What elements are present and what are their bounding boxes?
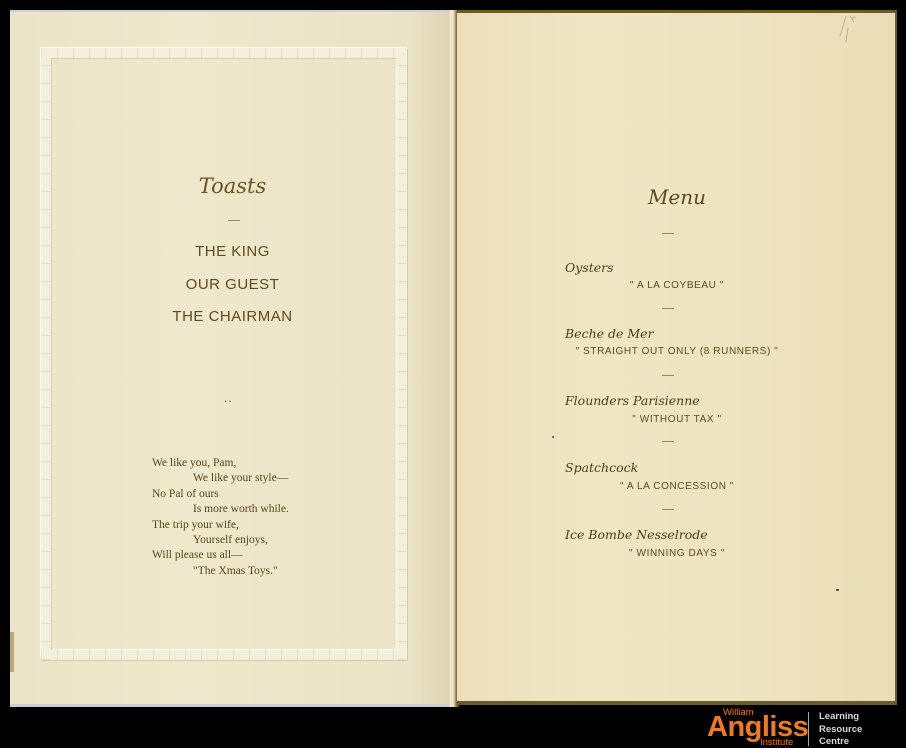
poem-line: No Pal of ours [152, 487, 289, 502]
course-name: Beche de Mer [565, 326, 654, 341]
logo-institute: Institute [760, 737, 793, 748]
course-name: Flounders Parisienne [565, 393, 700, 408]
course-description: " WINNING DAYS " [457, 548, 897, 559]
divider [662, 375, 674, 376]
poem-line: We like your style— [152, 471, 289, 486]
poem-line: Yourself enjoys, [152, 533, 289, 548]
toasts-title: Toasts [10, 174, 455, 198]
pencil-mark-icon [836, 14, 858, 42]
course-description: " STRAIGHT OUT ONLY (8 RUNNERS) " [457, 346, 897, 357]
poem-line: We like you, Pam, [152, 456, 289, 471]
logo-learning: Learning [819, 711, 862, 724]
angliss-logo: William Angliss Institute Learning Resou… [707, 708, 906, 748]
poem-line: Will please us all— [152, 548, 289, 563]
divider [662, 233, 674, 234]
logo-resource: Resource [819, 724, 862, 737]
paper-speck [552, 436, 554, 438]
menu-title: Menu [457, 185, 897, 209]
poem-line: Is more worth while. [152, 502, 289, 517]
logo-lrc: Learning Resource Centre [819, 711, 862, 748]
course-description: " WITHOUT TAX " [457, 414, 897, 425]
divider [228, 220, 240, 221]
right-page [457, 10, 897, 705]
toast-item: OUR GUEST [10, 276, 455, 293]
poem: We like you, Pam, We like your style— No… [152, 456, 289, 579]
paper-speck [836, 589, 839, 591]
course-name: Oysters [565, 260, 614, 275]
course-description: " A LA CONCESSION " [457, 481, 897, 492]
toast-item: THE KING [10, 243, 455, 260]
poem-line: "The Xmas Toys." [152, 564, 289, 579]
logo-divider [808, 712, 809, 746]
poem-line: The trip your wife, [152, 518, 289, 533]
course-name: Ice Bombe Nesselrode [565, 527, 708, 542]
course-name: Spatchcock [565, 460, 638, 475]
course-description: " A LA COYBEAU " [457, 280, 897, 291]
toast-item: THE CHAIRMAN [10, 308, 455, 325]
logo-centre: Centre [819, 736, 862, 748]
divider [662, 509, 674, 510]
separator-dots: .. [224, 391, 233, 405]
divider [662, 441, 674, 442]
divider [662, 308, 674, 309]
